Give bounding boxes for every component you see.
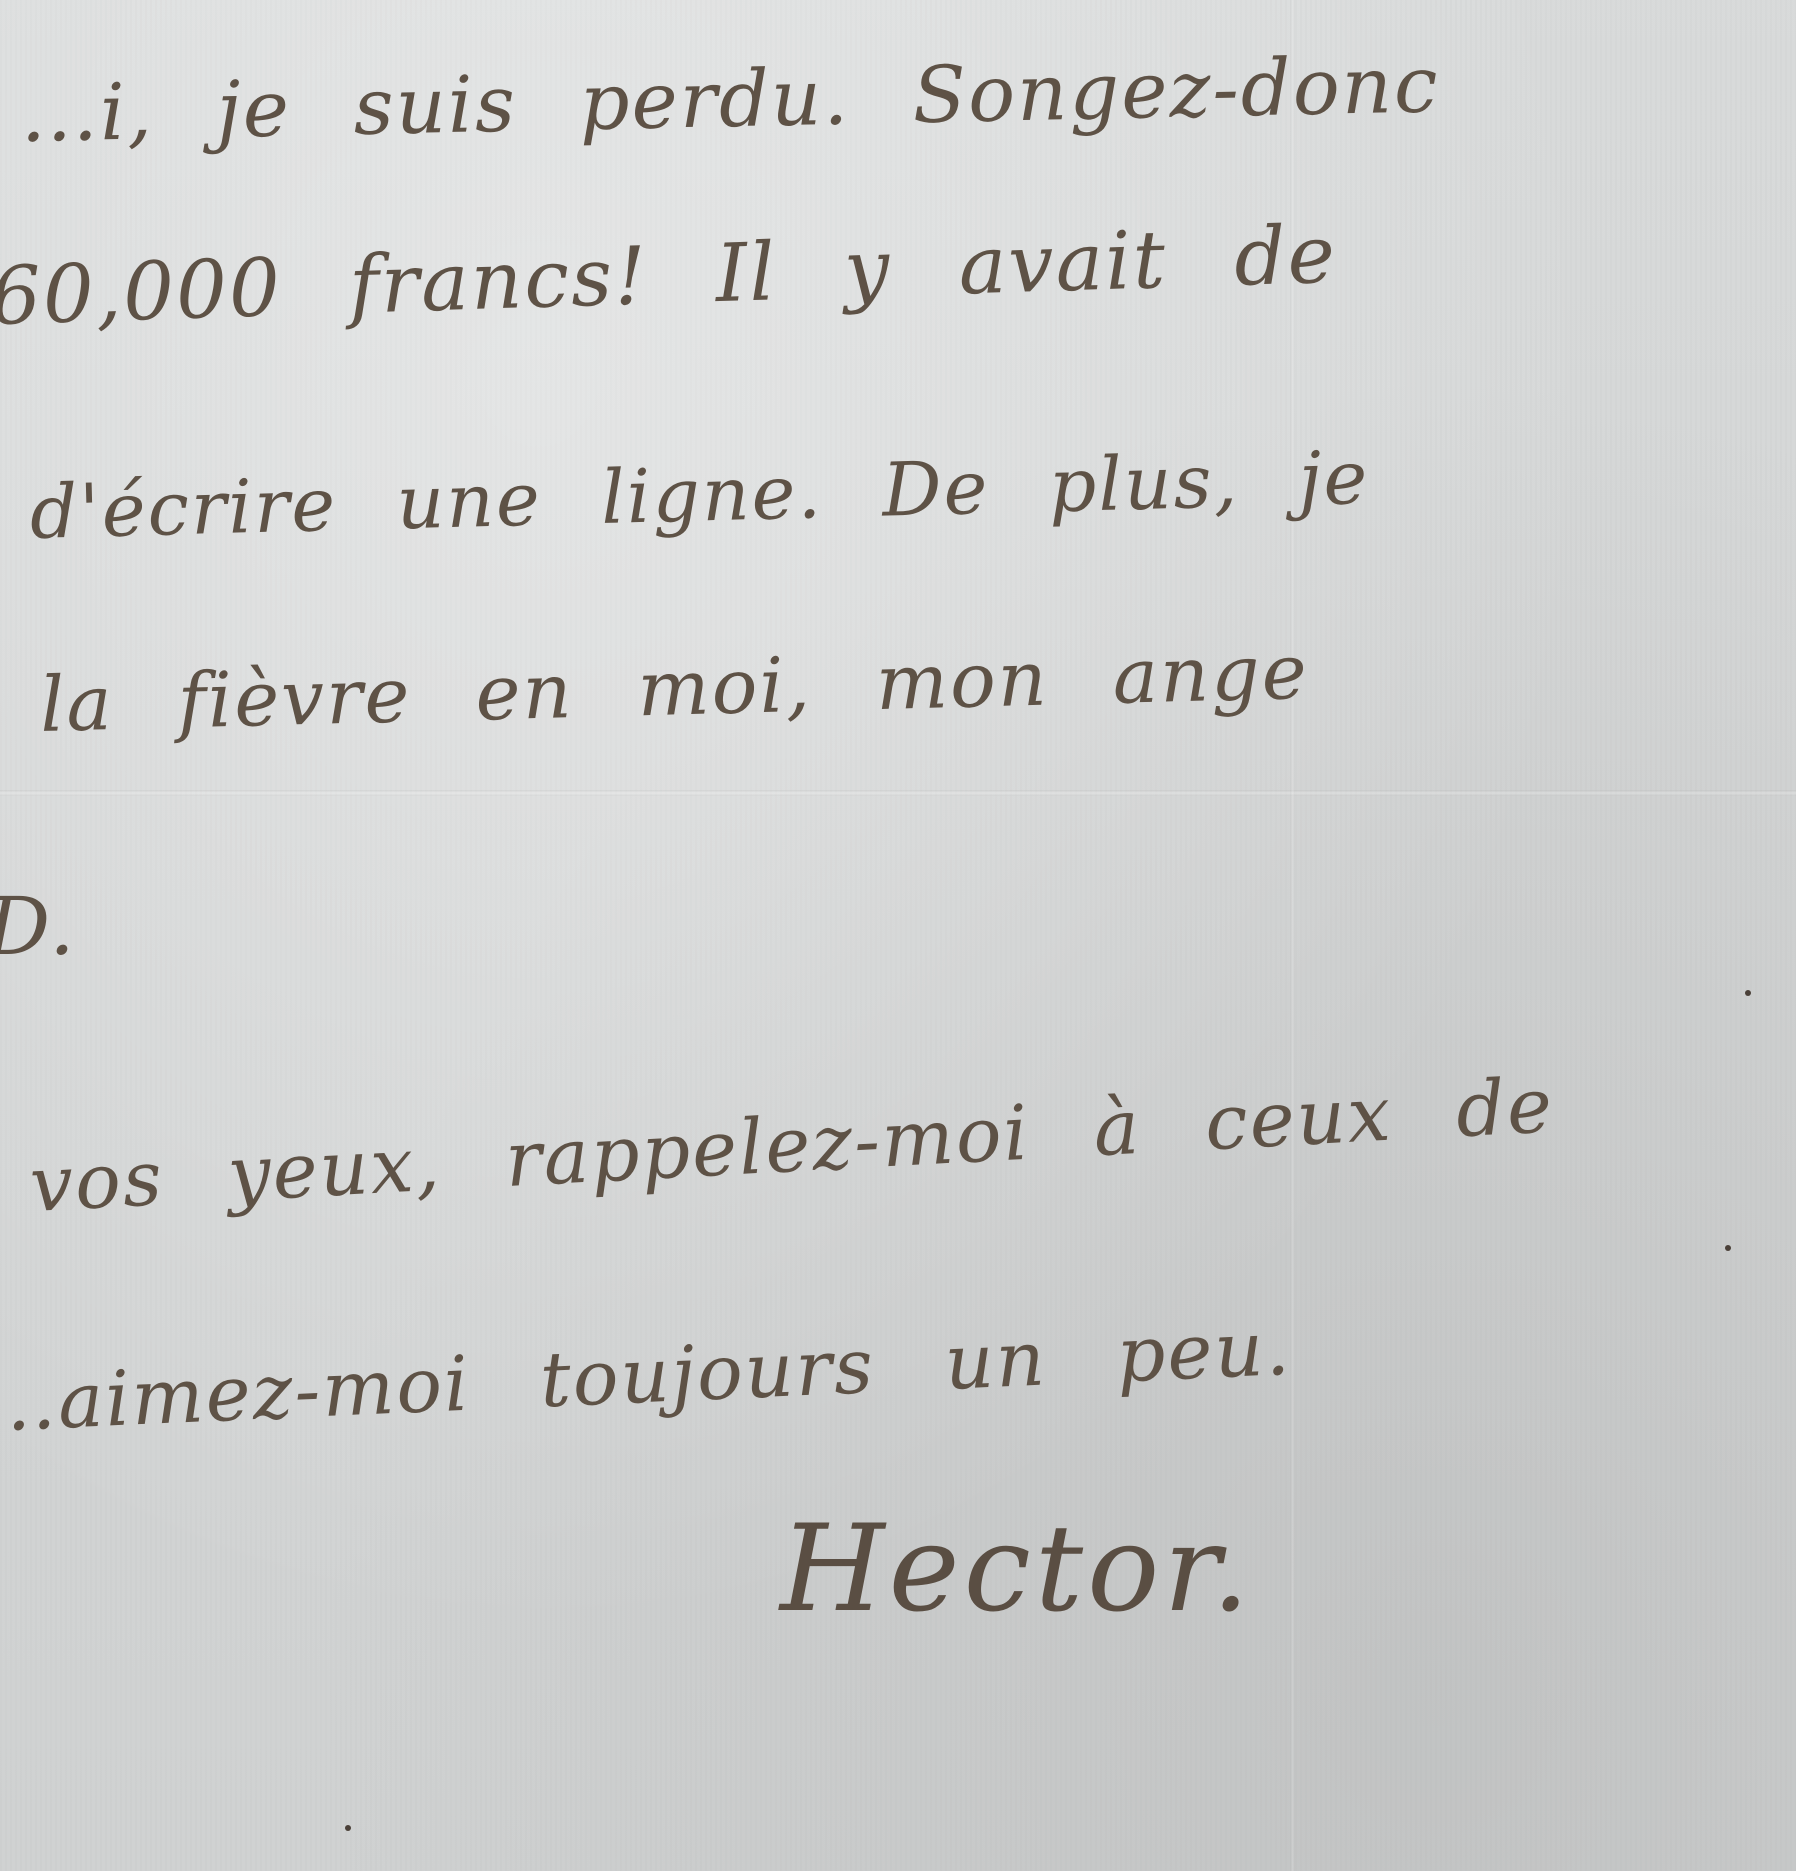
ink-speck [1725,1245,1731,1251]
signature: Hector. [780,1500,1254,1639]
ink-speck [345,1825,351,1831]
horizontal-fold-crease [0,790,1796,796]
ink-speck [1745,990,1751,996]
letter-line-5: D. [0,880,77,973]
